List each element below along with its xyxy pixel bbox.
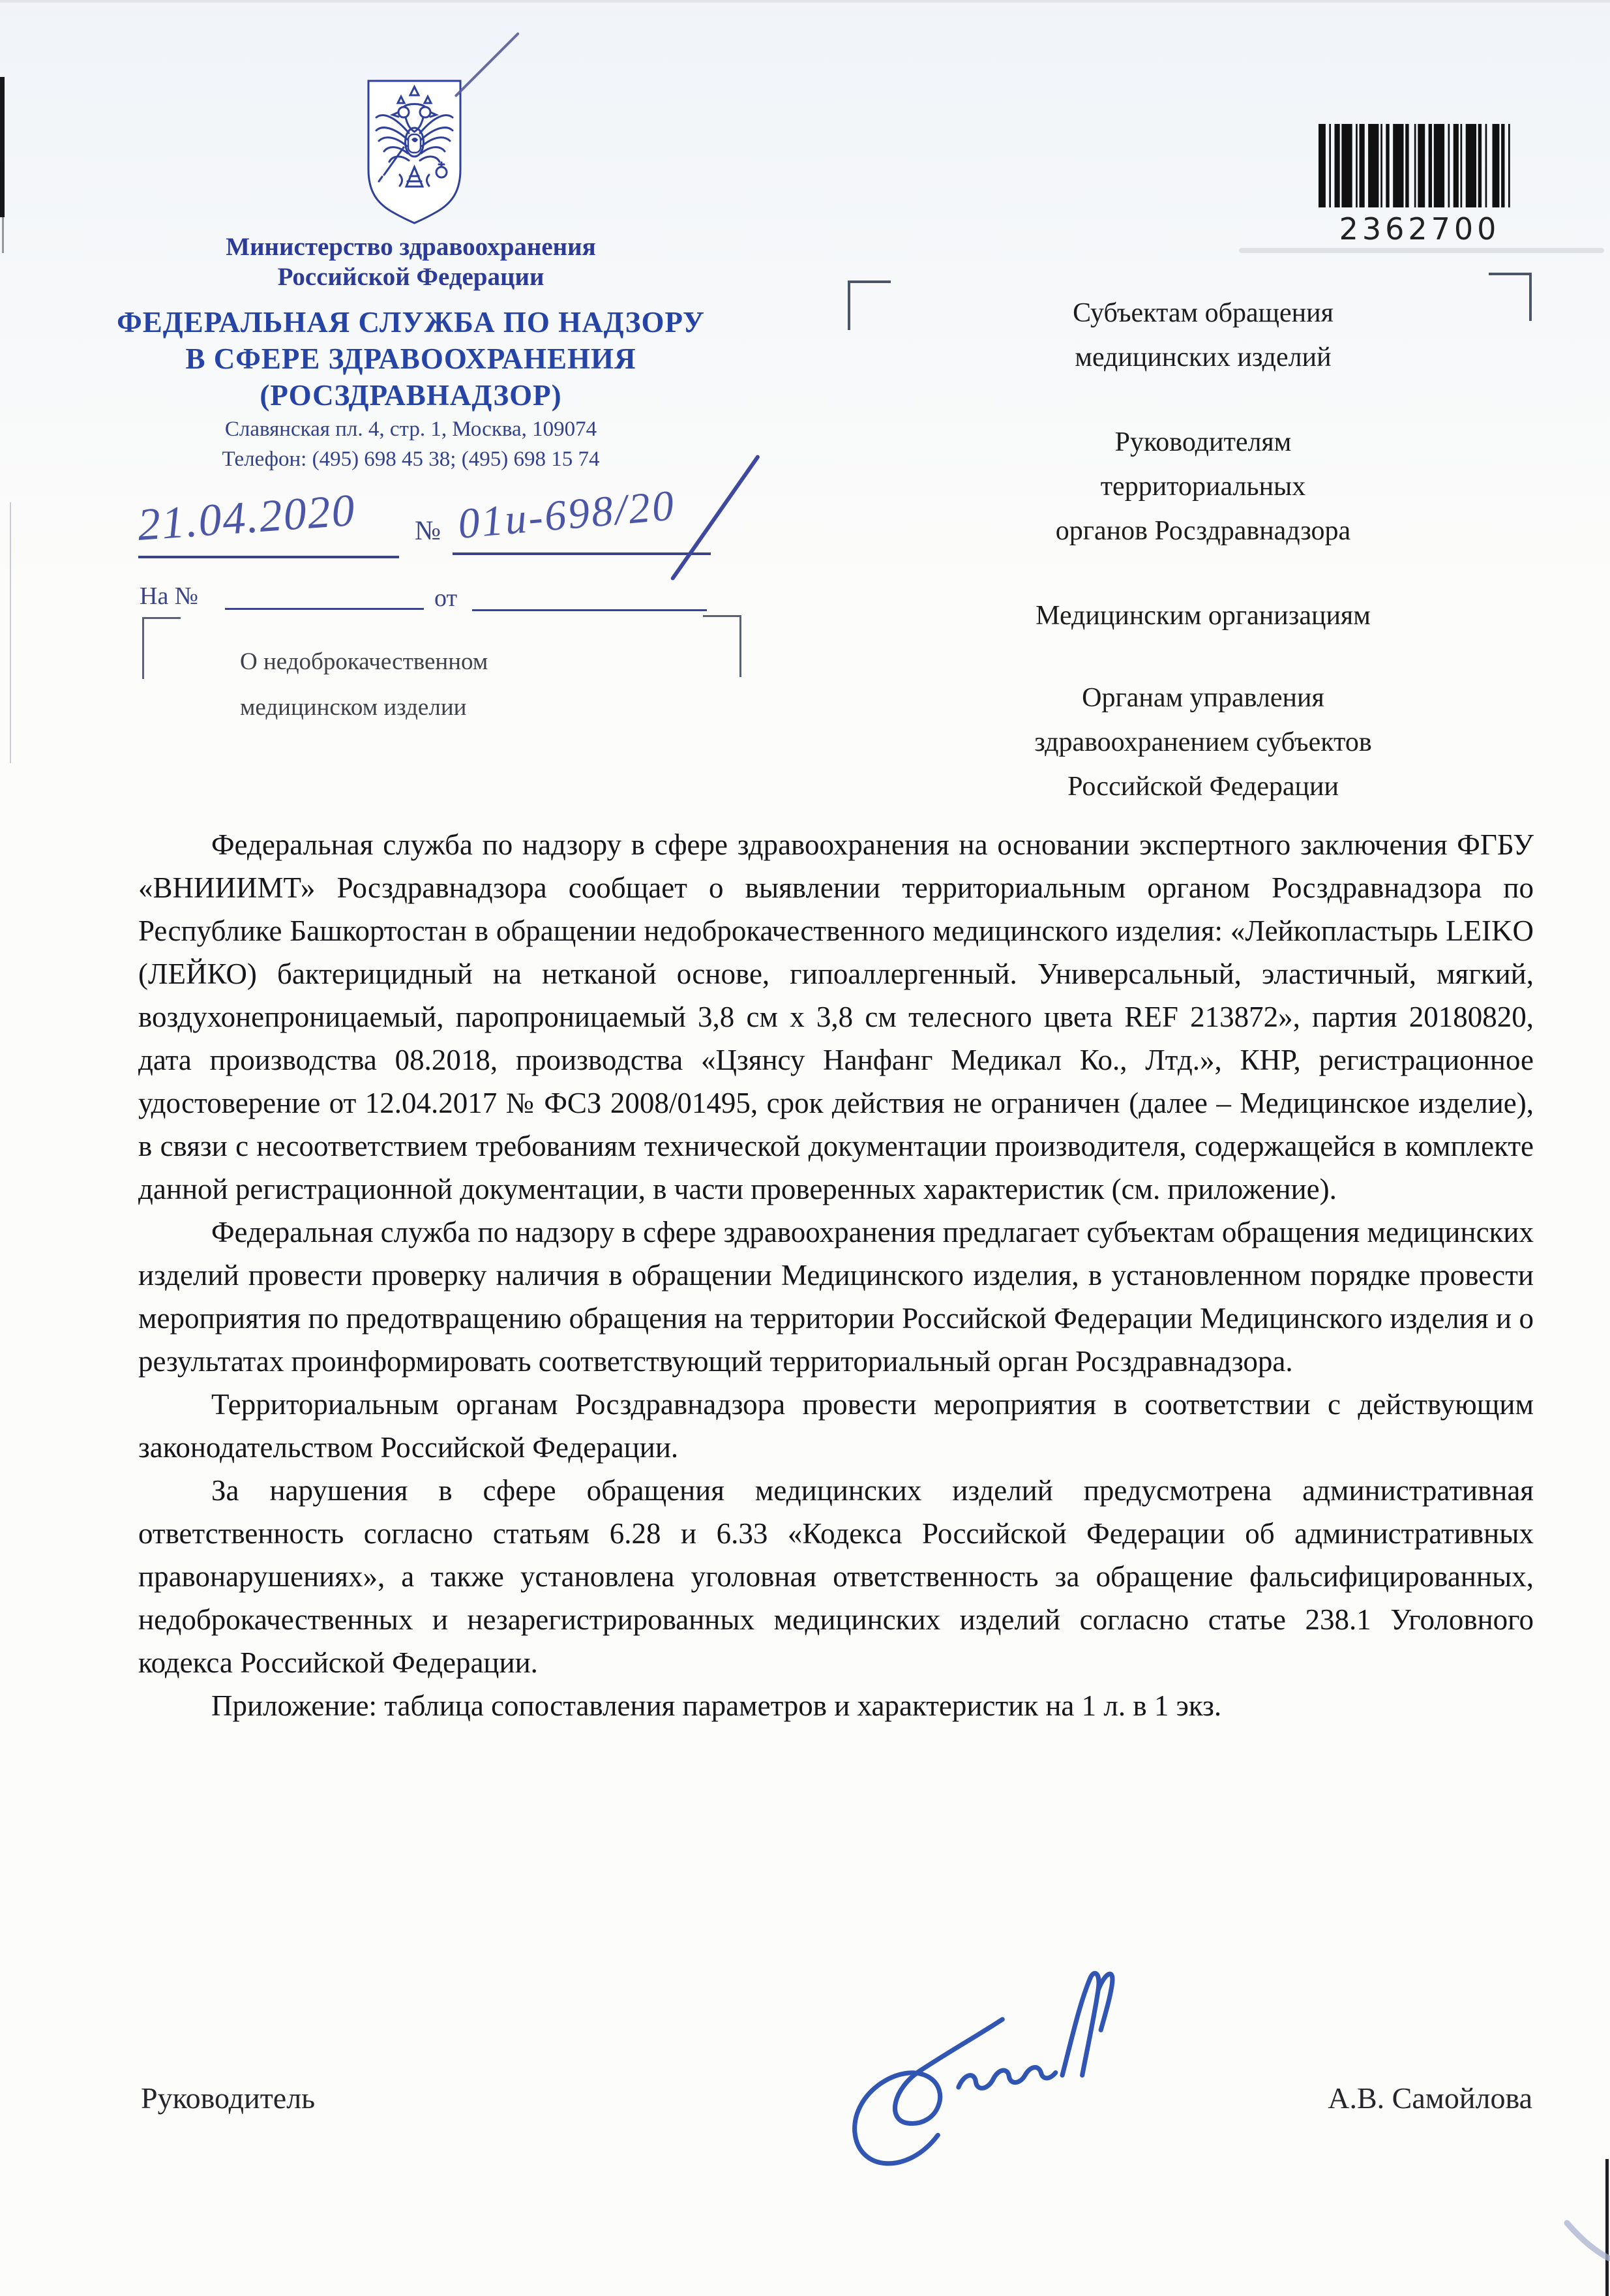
- reply-to-number-label: На №: [140, 582, 198, 611]
- body-paragraph-3: Территориальным органам Росздравнадзора …: [138, 1383, 1534, 1469]
- body-paragraph-2: Федеральная служба по надзору в сфере зд…: [138, 1211, 1534, 1383]
- ministry-line-2: Российской Федерации: [111, 262, 711, 292]
- scan-artifact-left-line-2: [2, 217, 4, 253]
- addressee-group-health-authorities: Органам управления здравоохранением субъ…: [874, 676, 1532, 809]
- handwritten-signature: [828, 1969, 1161, 2209]
- scan-artifact-left-line-3: [10, 502, 11, 763]
- addressee-group-medical-orgs: Медицинским организациям: [874, 594, 1532, 638]
- ministry-name: Министерство здравоохранения Российской …: [111, 232, 711, 292]
- russian-coat-of-arms-icon: [361, 77, 468, 226]
- addressee-line: Руководителям: [874, 420, 1532, 464]
- signer-name: А.В. Самойлова: [1206, 2081, 1532, 2115]
- addressee-group-heads: Руководителям территориальных органов Ро…: [874, 420, 1532, 553]
- subject-block: О недоброкачественном медицинском издели…: [240, 639, 736, 731]
- scan-artifact-left-line: [0, 77, 5, 217]
- barcode-number: 2362700: [1312, 211, 1527, 247]
- addressee-group-subjects: Субъектам обращения медицинских изделий: [874, 291, 1532, 380]
- subject-line-2: медицинском изделии: [240, 685, 736, 731]
- body-paragraph-4: За нарушения в сфере обращения медицинск…: [138, 1469, 1534, 1684]
- addressee-line: Медицинским организациям: [874, 594, 1532, 638]
- number-underline: [453, 552, 711, 555]
- service-name: ФЕДЕРАЛЬНАЯ СЛУЖБА ПО НАДЗОРУ В СФЕРЕ ЗД…: [91, 304, 730, 414]
- sender-phone: Телефон: (495) 698 45 38; (495) 698 15 7…: [91, 447, 730, 472]
- barcode-icon: [1319, 124, 1521, 207]
- service-line-3: (РОСЗДРАВНАДЗОР): [91, 377, 730, 414]
- addressee-line: здравоохранением субъектов: [874, 720, 1532, 764]
- reply-from-label: от: [434, 584, 457, 612]
- scanned-letter-page: Министерство здравоохранения Российской …: [0, 0, 1610, 2296]
- sender-address: Славянская пл. 4, стр. 1, Москва, 109074: [91, 417, 730, 442]
- addressee-line: Российской Федерации: [874, 764, 1532, 809]
- date-underline: [138, 556, 399, 558]
- pen-stroke-through-number: [670, 454, 761, 581]
- service-line-1: ФЕДЕРАЛЬНАЯ СЛУЖБА ПО НАДЗОРУ: [91, 304, 730, 340]
- pen-mark-bottom-right: [1562, 2218, 1610, 2263]
- number-sign-label: №: [415, 515, 441, 547]
- reply-date-underline: [472, 609, 707, 611]
- addressee-line: территориальных: [874, 464, 1532, 509]
- body-paragraph-1: Федеральная служба по надзору в сфере зд…: [138, 823, 1534, 1211]
- scan-artifact-streak: [1239, 248, 1604, 253]
- signer-title: Руководитель: [141, 2081, 315, 2115]
- attachment-note: Приложение: таблица сопоставления параме…: [138, 1684, 1534, 1727]
- addressee-line: органов Росздравнадзора: [874, 509, 1532, 553]
- addressee-line: Субъектам обращения: [874, 291, 1532, 335]
- subject-corner-mark-left: [142, 617, 181, 679]
- handwritten-date: 21.04.2020: [136, 485, 357, 552]
- pen-mark-over-emblem: [455, 32, 520, 97]
- addressee-line: медицинских изделий: [874, 335, 1532, 380]
- subject-line-1: О недоброкачественном: [240, 639, 736, 685]
- addressee-line: Органам управления: [874, 676, 1532, 720]
- handwritten-outgoing-number: 01и-698/20: [456, 481, 678, 549]
- ministry-line-1: Министерство здравоохранения: [111, 232, 711, 262]
- letter-body: Федеральная служба по надзору в сфере зд…: [138, 823, 1534, 1727]
- service-line-2: В СФЕРЕ ЗДРАВООХРАНЕНИЯ: [91, 340, 730, 377]
- reply-number-underline: [225, 608, 424, 610]
- scan-artifact-top-edge: [0, 0, 1610, 3]
